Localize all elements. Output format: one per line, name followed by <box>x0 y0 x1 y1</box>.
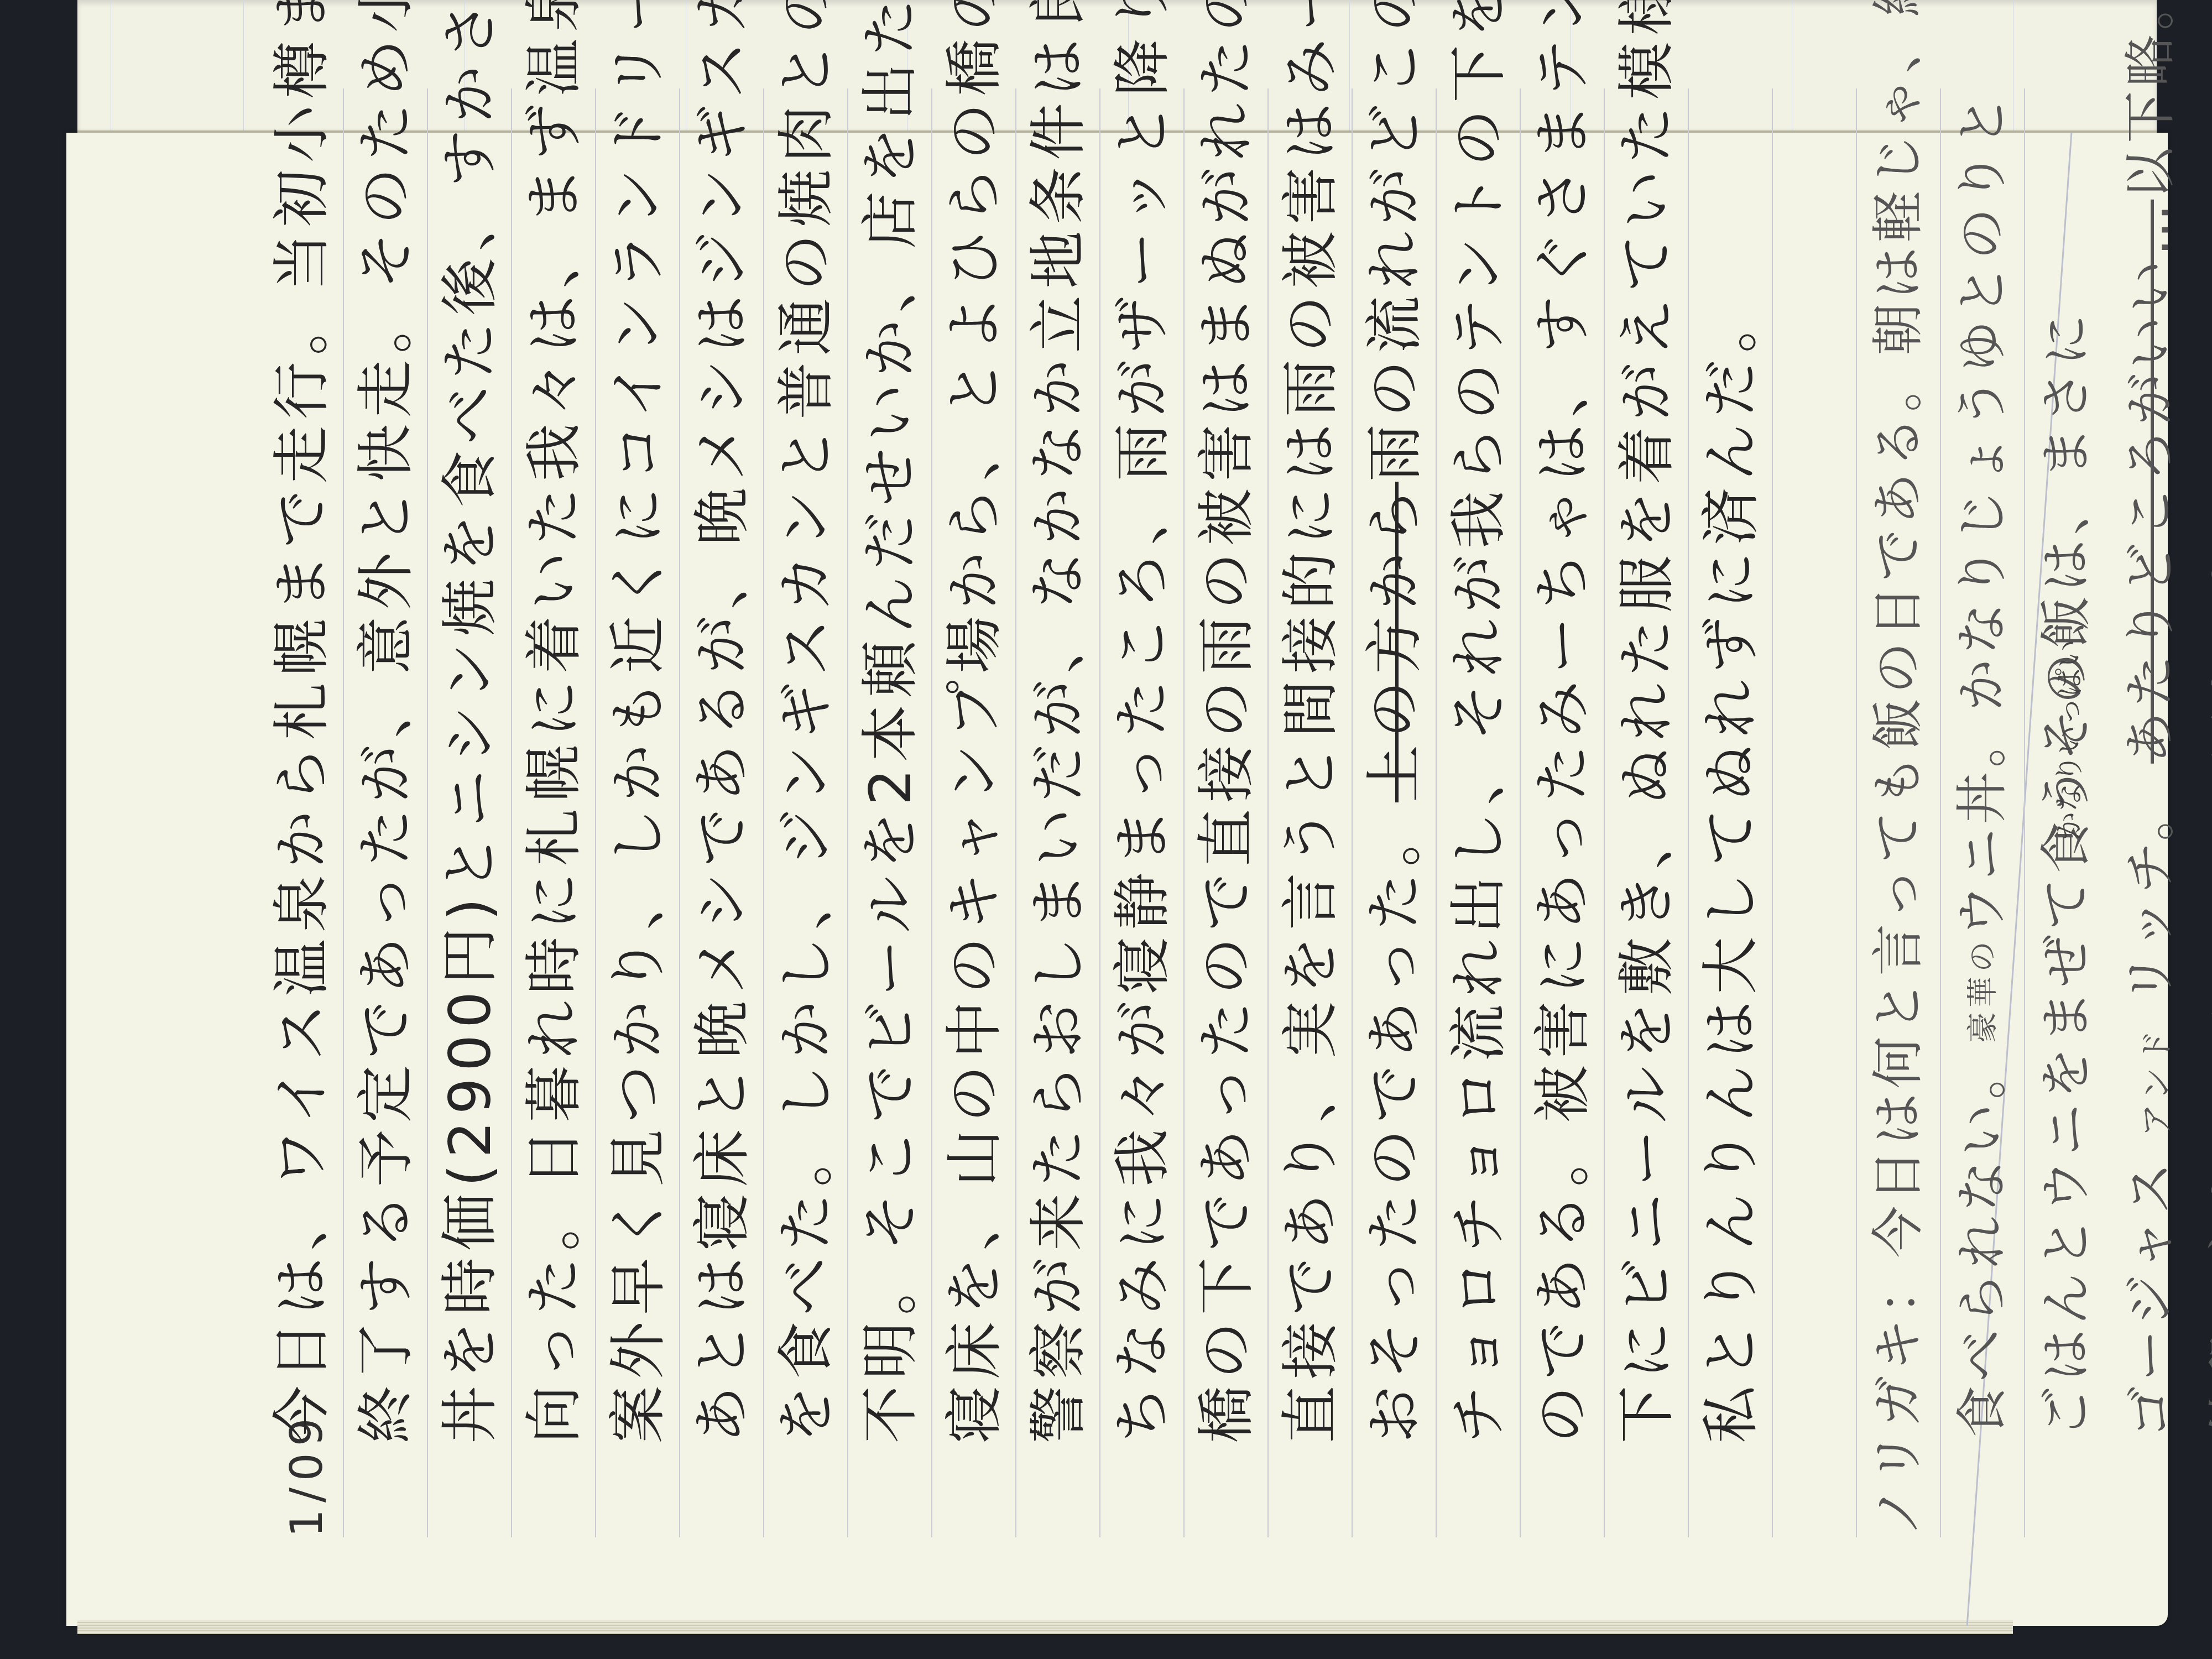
noriga-ki-note: ノリガキ：今日は何と言っても飯の日である。朝は軽じゃ、絶対 食べられない。豪華の… <box>1857 88 2212 1537</box>
diary-line: 1/09今日は、ワイス温泉から札幌まで走行。当初小樽まで <box>260 88 344 1537</box>
inserted-note: かなりいっぱい <box>2046 639 2088 841</box>
ruling-line <box>111 0 111 133</box>
struck-text: あたりどころがいい… <box>2121 200 2181 764</box>
diary-line: 終了する予定であったが、意外と快走。そのため小樽でウニ <box>344 88 428 1537</box>
note-line: ノリガキ：今日は何と言っても飯の日である。朝は軽じゃ、絶対 <box>1857 88 1941 1537</box>
diary-line: 私とりんりんは大してぬれずに済んだ。 <box>1689 88 1773 1537</box>
date-label: 1/09 <box>265 1443 349 1537</box>
note-line: ゴージャス アンド リッチ。 あたりどころがいい…以下略。 <box>2109 88 2193 1537</box>
diary-line: ちなみに我々が寝静まったころ、雨がザーッと降り始め、 <box>1100 88 1185 1537</box>
diary-line: 下にビニールを敷き、ぬれた服を着がえていた模様。 <box>1605 88 1689 1537</box>
diary-line: 橋の下であったので直接の雨の被害はまぬがれたのである。 <box>1185 88 1269 1537</box>
note-label: ノリガキ： <box>1869 1258 1929 1537</box>
diary-line: チョロチョロ流れ出し、それが我らのテントの下を通過していた <box>1437 88 1521 1537</box>
diary-entry: 1/09今日は、ワイス温泉から札幌まで走行。当初小樽まで 終了する予定であったが… <box>260 88 1773 1537</box>
note-line: 食べられない。豪華のウニ丼。かなりじょうゆとのりと <box>1941 88 2025 1537</box>
diary-line: 丼を時価(2900円)とニシン焼を食べた後、すかさず札幌に <box>428 88 512 1537</box>
diary-line: を食べた。しかし、ジンギスカンと普通の焼肉との違いが未だ <box>764 88 848 1537</box>
blank-line <box>1773 88 1857 1537</box>
struck-text: 上の方から <box>1361 482 1428 802</box>
diary-line: 寝床を、山の中のキャンプ場から、とよひらの橋の下に変更 <box>932 88 1016 1537</box>
diary-line: 直接であり、実を言うと間接的には雨の被害はみーちゃを <box>1269 88 1353 1537</box>
diary-line: あとは寝床と晩メシであるが、晩メシはジンギスカン(成吉思汗) <box>680 88 764 1537</box>
diary-line: 不明。そこでビールを2本頼んだせいか、店を出たあと、 <box>848 88 932 1537</box>
diary-line: 案外早く見つかり、しかも近くにコインランドリーもあった。 <box>596 88 680 1537</box>
inserted-text: 豪華の <box>1965 937 2001 1043</box>
diary-line: 向った。日暮れ時に札幌に着いた我々は、まず温泉を探し <box>512 88 596 1537</box>
diary-line: のである。被害にあったみーちゃは、すぐさまテントを移動させ、 <box>1521 88 1605 1537</box>
page-stack-edge <box>77 1620 2013 1634</box>
note-line: 値段の方もリッチで2,900円もした。 <box>2193 88 2212 1537</box>
ruling-line <box>243 0 244 133</box>
writing-area: 1/09今日は、ワイス温泉から札幌まで走行。当初小樽まで 終了する予定であったが… <box>260 88 2085 1537</box>
diary-line: 警察が来たらおしまいだが、なかなか立地条件は良い。 <box>1016 88 1100 1537</box>
diary-line: おそったのであった。上の方から雨の流れがどこの上から <box>1353 88 1437 1537</box>
